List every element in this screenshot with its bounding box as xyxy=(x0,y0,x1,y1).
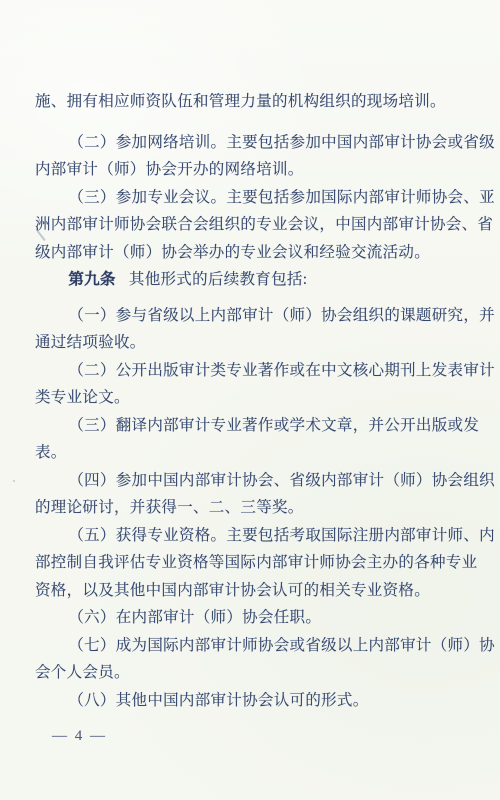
body-line: 通过结项验收。 xyxy=(35,329,492,357)
body-line: （五）获得专业资格。主要包括考取国际注册内部审计师、内 xyxy=(35,522,492,550)
body-line: （八）其他中国内部审计协会认可的形式。 xyxy=(35,687,492,715)
body-line: 表。 xyxy=(35,439,492,467)
scan-speck xyxy=(455,190,457,192)
body-line: （二）参加网络培训。主要包括参加中国内部审计协会或省级 xyxy=(35,129,492,157)
article-heading-text: 其他形式的后续教育包括: xyxy=(129,271,307,288)
body-line: （三）翻译内部审计专业著作或学术文章，并公开出版或发 xyxy=(35,412,492,440)
scan-speck xyxy=(13,480,15,482)
body-line: 内部审计（师）协会开办的网络培训。 xyxy=(35,156,492,184)
body-line: 会个人会员。 xyxy=(35,659,492,687)
body-line: （七）成为国际内部审计师协会或省级以上内部审计（师）协 xyxy=(35,632,492,660)
body-line: （六）在内部审计（师）协会任职。 xyxy=(35,604,492,632)
scanned-document-page: 施、拥有相应师资队伍和管理力量的机构组织的现场培训。 （二）参加网络培训。主要包… xyxy=(0,0,500,800)
body-line: 资格，以及其他中国内部审计协会认可的相关专业资格。 xyxy=(35,577,492,605)
body-line: （四）参加中国内部审计协会、省级内部审计（师）协会组织 xyxy=(35,467,492,495)
body-line: 施、拥有相应师资队伍和管理力量的机构组织的现场培训。 xyxy=(35,88,492,116)
body-line: 洲内部审计师协会联合会组织的专业会议，中国内部审计协会、省 xyxy=(35,211,492,239)
body-line: 类专业论文。 xyxy=(35,384,492,412)
body-line: （二）公开出版审计类专业著作或在中文核心期刊上发表审计 xyxy=(35,357,492,385)
body-line: （一）参与省级以上内部审计（师）协会组织的课题研究，并 xyxy=(35,302,492,330)
document-body: 施、拥有相应师资队伍和管理力量的机构组织的现场培训。 （二）参加网络培训。主要包… xyxy=(0,0,500,714)
body-line: 级内部审计（师）协会举办的专业会议和经验交流活动。 xyxy=(35,239,492,267)
body-line: 的理论研讨，并获得一、二、三等奖。 xyxy=(35,494,492,522)
article-9-heading-line: 第九条其他形式的后续教育包括: xyxy=(35,266,492,294)
page-number: — 4 — xyxy=(52,728,107,745)
body-line: 部控制自我评估专业资格等国际内部审计师协会主办的各种专业 xyxy=(35,549,492,577)
article-number: 第九条 xyxy=(68,271,115,288)
body-line: （三）参加专业会议。主要包括参加国际内部审计师协会、亚 xyxy=(35,184,492,212)
